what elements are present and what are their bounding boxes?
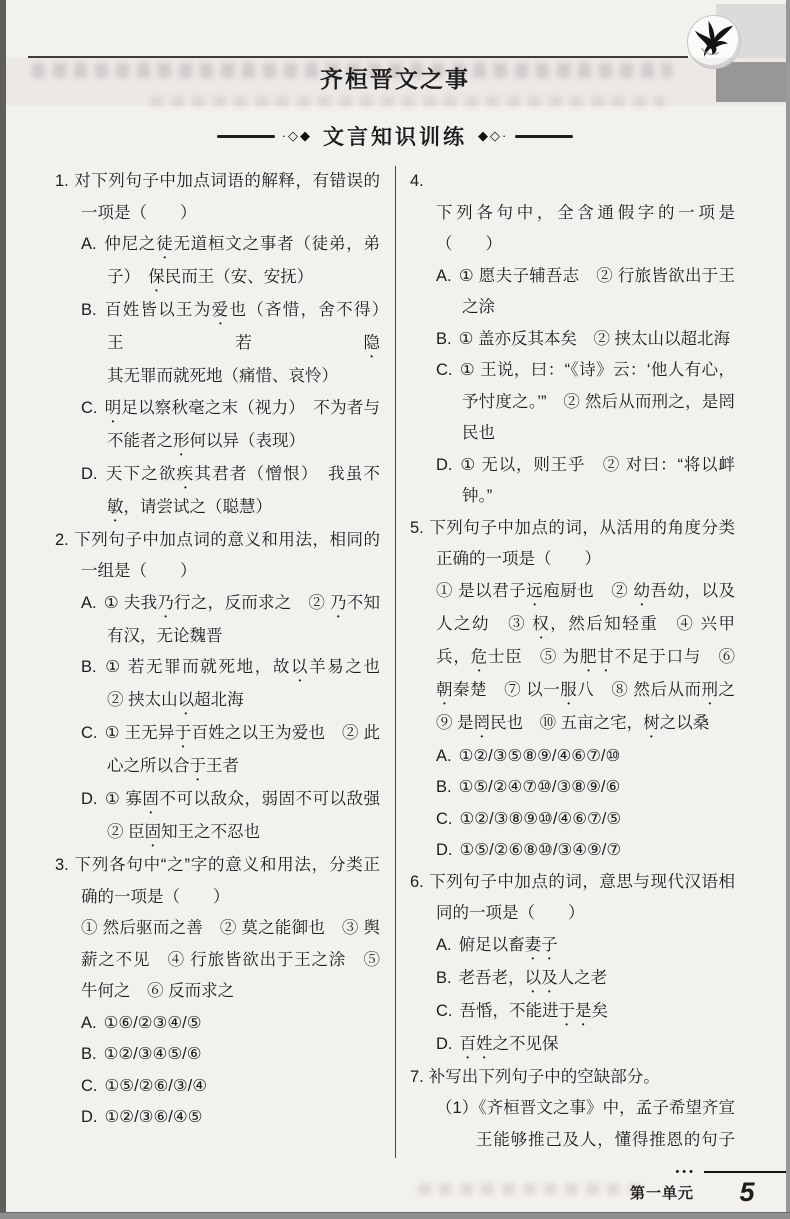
question-3-option-d: D.①②/③⑥/④⑤ [81,1102,380,1134]
question-3-option-a: A.①⑥/②③④/⑤ [81,1008,380,1040]
option-label: C. [436,1002,453,1020]
option-label: D. [436,456,453,474]
section-title: 文言知识训练 [319,121,471,151]
option-label: D. [436,841,453,859]
question-5: 5.下列句子中加点的词，从活用的角度分类正确的一项是（ ） ① 是以君子远庖厨也… [410,513,735,867]
question-3-stem: 3.下列各句中“之”字的意义和用法，分类正确的一项是（ ） [81,850,380,913]
option-text: ① 王说，曰：“《诗》云：‘他人有心，予忖度之。’” ② 然后从而刑之，是罔民也 [460,361,736,442]
question-5-items: ① 是以君子远庖厨也 ② 幼吾幼，以及人之幼 ③ 权，然后知轻重 ④ 兴甲兵，危… [436,576,735,741]
option-text: ① 王无异于百姓之以王为爱也 ② 此心之所以合于王者 [105,724,381,775]
option-text: ①②/③⑤⑧⑨/④⑥⑦/⑩ [459,747,621,765]
question-1-option-c: C.明足以察秋毫之末（视力） 不为者与不能者之形何以异（表现） [81,393,380,459]
question-5-option-d: D.①⑤/②⑥⑧⑩/③④⑨/⑦ [436,835,735,867]
question-1-option-a: A.仲尼之徒无道桓文之事者（徒弟，弟子） 保民而王（安、安抚） [81,229,380,295]
option-text: 俯足以畜妻子 [459,936,558,954]
page-number: 5 [739,1177,754,1207]
question-6-option-c: C.吾惛，不能进于是矣 [436,996,735,1029]
question-1-stem: 1.对下列句子中加点词语的解释，有错误的一项是（ ） [81,166,380,229]
option-text: 明足以察秋毫之末（视力） 不为者与不能者之形何以异（表现） [105,399,381,450]
option-label: B. [81,1045,97,1063]
diamond-ornament-left: ·◇◆ [282,128,312,144]
footer-dots-ornament: ••• [675,1167,704,1177]
diamond-ornament-right: ◆◇· [478,128,508,144]
stem-text: 下列句子中加点的词，意思与现代汉语相同的一项是（ ） [429,873,735,923]
option-text: ①⑤/②④⑦⑩/③⑧⑨/⑥ [459,778,621,796]
option-label: B. [436,330,452,348]
option-text: ① 愿夫子辅吾志 ② 行旅皆欲出于王之涂 [459,267,735,317]
sub-label: （1） [436,1099,478,1117]
stem-text: 下列各句中“之”字的意义和用法，分类正确的一项是（ ） [74,856,380,906]
option-text: ① 无以，则王乎 ② 对曰：“将以衅钟。” [460,456,736,506]
ornament-line-right [515,135,573,138]
question-4: 4.下列各句中，全含通假字的一项是（ ） A.① 愿夫子辅吾志 ② 行旅皆欲出于… [410,166,735,513]
option-text: ① 盖亦反其本矣 ② 挟太山以超北海 [459,330,730,348]
option-text: ① 夫我乃行之，反而求之 ② 乃不知有汉，无论魏晋 [104,594,380,645]
question-5-stem: 5.下列句子中加点的词，从活用的角度分类正确的一项是（ ） [436,513,735,576]
option-label: D. [436,1035,453,1053]
option-label: C. [436,361,453,379]
option-text: ① 若无罪而就死地，故以羊易之也 ② 挟太山以超北海 [104,658,397,709]
exercise-columns: 1.对下列句子中加点词语的解释，有错误的一项是（ ） A.仲尼之徒无道桓文之事者… [55,166,735,1158]
question-number: 1. [55,172,69,190]
question-6-option-b: B.老吾老，以及人之老 [436,963,735,996]
unit-label: 第一单元 [630,1182,704,1203]
scan-edge-right [786,0,790,1219]
stem-text: 下列各句中，全含通假字的一项是（ ） [436,204,735,254]
question-2-option-d: D.① 寡固不可以敌众，弱固不可以敌强 ② 臣固知王之不忍也 [81,784,380,850]
question-4-stem: 4.下列各句中，全含通假字的一项是（ ） [436,166,735,261]
question-2-option-c: C.① 王无异于百姓之以王为爱也 ② 此心之所以合于王者 [81,718,380,784]
question-6-option-d: D.百姓之不见保 [436,1029,735,1062]
question-4-option-c: C.① 王说，曰：“《诗》云：‘他人有心，予忖度之。’” ② 然后从而刑之，是罔… [436,355,735,450]
option-label: D. [81,790,98,808]
question-3: 3.下列各句中“之”字的意义和用法，分类正确的一项是（ ） ① 然后驱而之善 ②… [55,850,380,1134]
scan-edge-left [0,0,6,1219]
question-5-option-a: A.①②/③⑤⑧⑨/④⑥⑦/⑩ [436,741,735,773]
title-rule [28,56,688,58]
option-label: C. [81,724,98,742]
ornament-line-left [217,135,275,138]
option-text: ①⑤/②⑥⑧⑩/③④⑨/⑦ [460,841,622,859]
question-3-option-b: B.①②/③④⑤/⑥ [81,1039,380,1071]
option-label: C. [436,810,453,828]
question-number: 5. [410,519,424,537]
stem-text: 补写出下列句子中的空缺部分。 [429,1068,660,1086]
option-label: C. [81,1077,98,1095]
footer-rule [704,1171,786,1174]
option-label: A. [81,594,97,612]
option-label: B. [81,658,97,676]
question-number: 2. [55,531,69,549]
option-label: B. [81,301,97,319]
option-text: ①②/③④⑤/⑥ [104,1045,202,1063]
question-3-option-c: C.①⑤/②⑥/③/④ [81,1071,380,1103]
question-1-option-b: B.百姓皆以王为爱也（吝惜，舍不得） 王若隐其无罪而就死地（痛惜、哀怜） [81,295,380,393]
bleedthrough-text [418,1183,643,1195]
scan-edge-bottom [0,1212,790,1219]
question-5-option-c: C.①②/③⑧⑨⑩/④⑥⑦/⑤ [436,804,735,836]
page-footer: ••• 第一单元 5 [630,1167,790,1207]
scanned-textbook-page: { "colors": { "paper": "#f3f1ee", "ink":… [0,0,790,1219]
question-4-option-b: B.① 盖亦反其本矣 ② 挟太山以超北海 [436,324,735,356]
question-1-option-d: D.天下之欲疾其君者（憎恨） 我虽不敏，请尝试之（聪慧） [81,459,380,525]
question-number: 3. [55,856,69,874]
stem-text: 下列句子中加点的词，从活用的角度分类正确的一项是（ ） [429,519,735,569]
section-header: ·◇◆ 文言知识训练 ◆◇· [0,121,790,151]
stem-text: 下列句子中加点词的意义和用法，相同的一组是（ ） [74,531,380,581]
option-label: D. [81,465,98,483]
option-text: ①②/③⑧⑨⑩/④⑥⑦/⑤ [460,810,622,828]
page-title: 齐桓晋文之事 [0,61,790,94]
question-4-option-d: D.① 无以，则王乎 ② 对曰：“将以衅钟。” [436,450,735,513]
question-number: 6. [410,873,424,891]
question-4-option-a: A.① 愿夫子辅吾志 ② 行旅皆欲出于王之涂 [436,261,735,324]
option-text: 百姓皆以王为爱也（吝惜，舍不得） 王若隐其无罪而就死地（痛惜、哀怜） [104,301,397,385]
option-text: ①⑤/②⑥/③/④ [105,1077,208,1095]
option-label: A. [81,1014,97,1032]
option-text: ①⑥/②③④/⑤ [104,1014,202,1032]
question-number: 7. [410,1068,424,1086]
question-6-option-a: A.俯足以畜妻子 [436,930,735,963]
option-label: A. [81,235,97,253]
question-2-option-b: B.① 若无罪而就死地，故以羊易之也 ② 挟太山以超北海 [81,652,380,718]
question-2: 2.下列句子中加点词的意义和用法，相同的一组是（ ） A.① 夫我乃行之，反而求… [55,525,380,851]
option-label: A. [436,936,452,954]
option-label: B. [436,969,452,987]
option-text: 吾惛，不能进于是矣 [460,1002,609,1020]
question-2-option-a: A.① 夫我乃行之，反而求之 ② 乃不知有汉，无论魏晋 [81,588,380,653]
question-number: 4. [410,172,424,190]
option-text: 天下之欲疾其君者（憎恨） 我虽不敏，请尝试之（聪慧） [105,465,381,516]
option-label: D. [81,1108,98,1126]
question-3-items: ① 然后驱而之善 ② 莫之能御也 ③ 舆薪之不见 ④ 行旅皆欲出于王之涂 ⑤ 牛… [81,913,380,1008]
option-text: 百姓之不见保 [460,1035,559,1053]
option-label: A. [436,267,452,285]
question-7-stem: 7.补写出下列句子中的空缺部分。 [436,1062,735,1094]
option-text: 老吾老，以及人之老 [459,969,608,987]
question-5-option-b: B.①⑤/②④⑦⑩/③⑧⑨/⑥ [436,772,735,804]
question-1: 1.对下列句子中加点词语的解释，有错误的一项是（ ） A.仲尼之徒无道桓文之事者… [55,166,380,525]
question-2-stem: 2.下列句子中加点词的意义和用法，相同的一组是（ ） [81,525,380,588]
question-6-stem: 6.下列句子中加点的词，意思与现代汉语相同的一项是（ ） [436,867,735,930]
question-6: 6.下列句子中加点的词，意思与现代汉语相同的一项是（ ） A.俯足以畜妻子 B.… [410,867,735,1062]
option-text: ① 寡固不可以敌众，弱固不可以敌强 ② 臣固知王之不忍也 [105,790,397,841]
option-text: 仲尼之徒无道桓文之事者（徒弟，弟子） 保民而王（安、安抚） [104,235,380,286]
option-text: ①②/③⑥/④⑤ [105,1108,203,1126]
option-label: C. [81,399,98,417]
option-label: A. [436,747,452,765]
stem-text: 对下列句子中加点词语的解释，有错误的一项是（ ） [74,172,380,222]
option-label: B. [436,778,452,796]
